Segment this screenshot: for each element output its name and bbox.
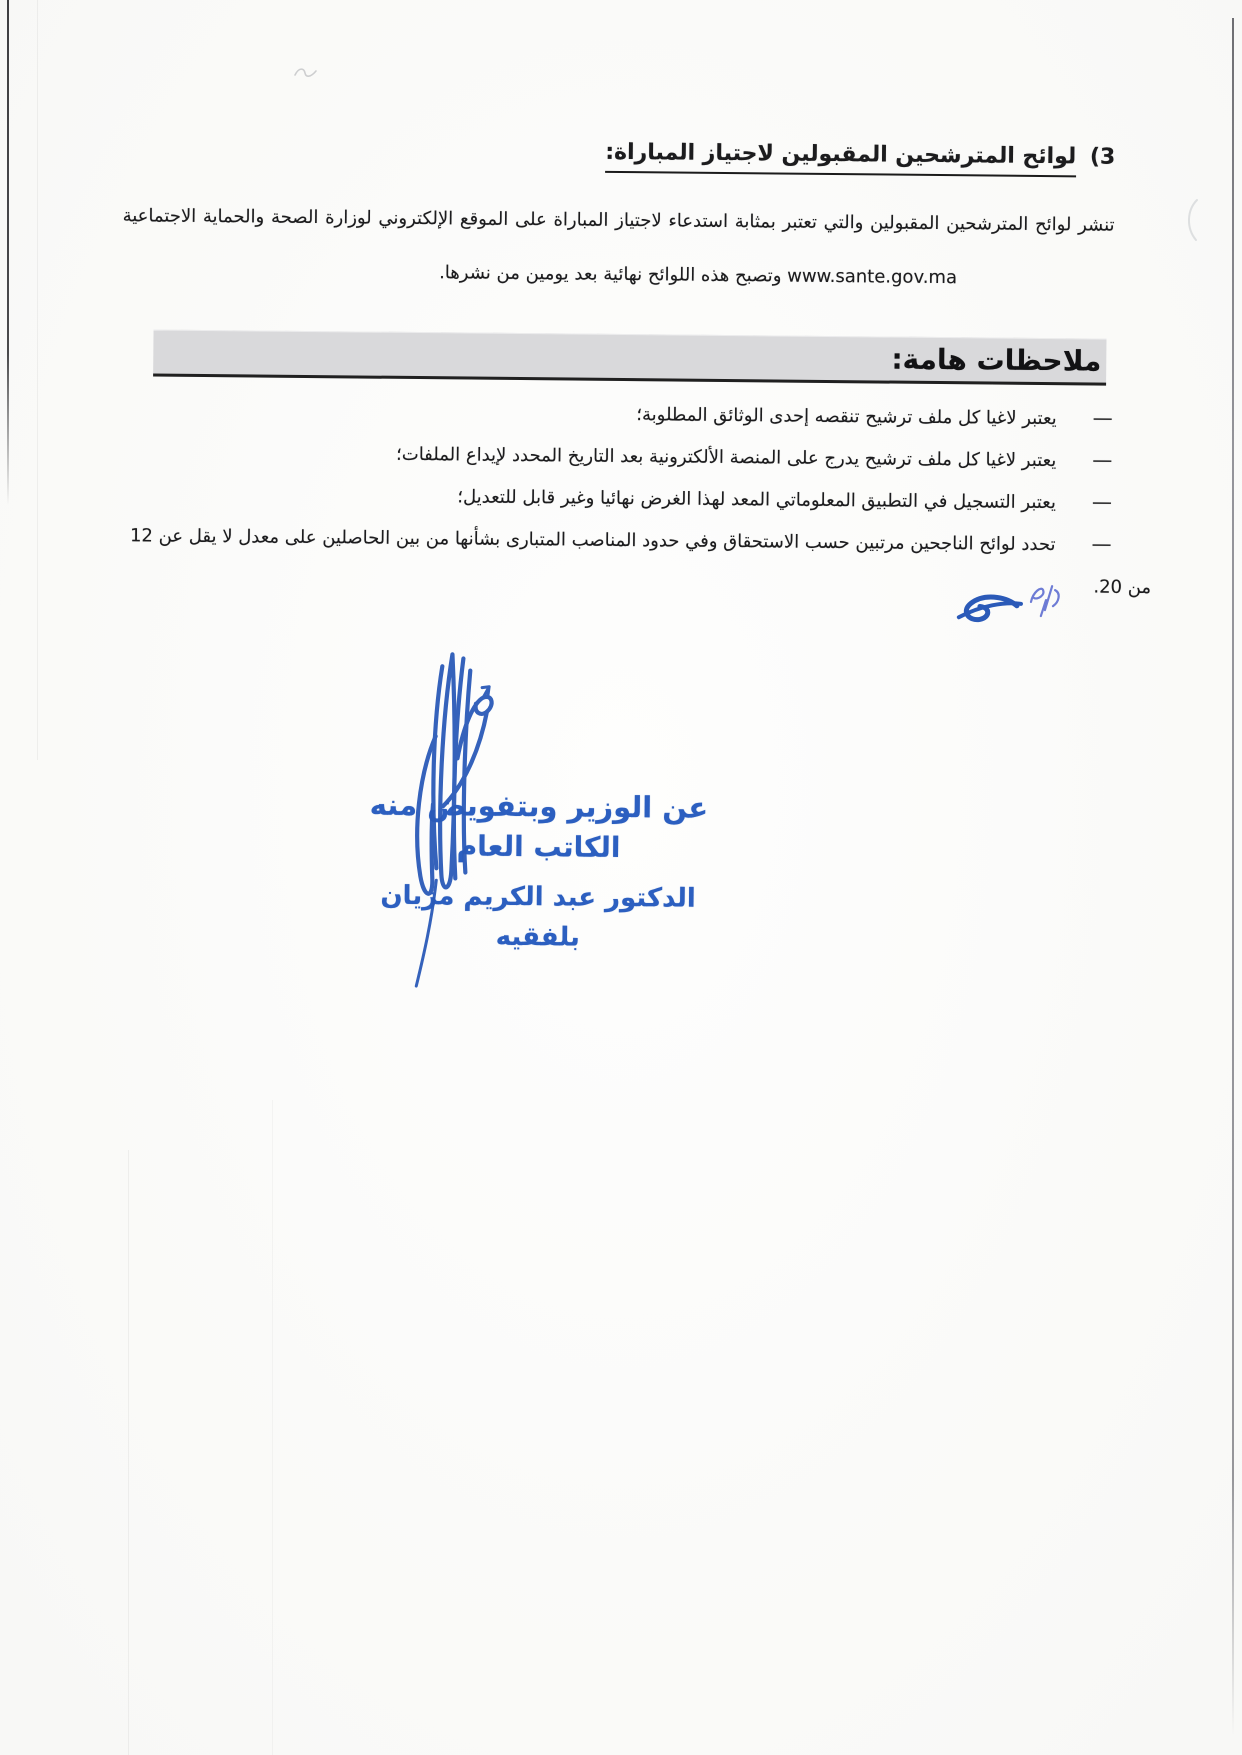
intro-paragraph: تنشر لوائح المترشحين المقبولين والتي تعت…	[122, 189, 1115, 307]
note-text: يعتبر لاغيا كل ملف ترشيح يدرج على المنصة…	[120, 435, 1056, 477]
section-title: لوائح المترشحين المقبولين لاجتياز المبار…	[605, 140, 1076, 178]
note-item: — تحدد لوائح الناجحين مرتبين حسب الاستحق…	[119, 519, 1111, 562]
note-item: — يعتبر لاغيا كل ملف ترشيح تنقصه إحدى ال…	[121, 393, 1113, 436]
note-item: — يعتبر التسجيل في التطبيق المعلوماتي ال…	[120, 477, 1112, 520]
note-text: يعتبر التسجيل في التطبيق المعلوماتي المع…	[120, 477, 1056, 519]
dash-bullet-icon: —	[1078, 485, 1112, 518]
handwritten-signature	[389, 640, 512, 991]
dash-bullet-icon: —	[1078, 443, 1112, 476]
handwritten-initials-paraph	[953, 575, 1071, 628]
scanned-document-page: { "document": { "heading": { "number": "…	[0, 0, 1242, 1755]
dash-bullet-icon: —	[1077, 527, 1111, 560]
document-content: 3) لوائح المترشحين المقبولين لاجتياز الم…	[0, 0, 1242, 1755]
section-heading: 3) لوائح المترشحين المقبولين لاجتياز الم…	[605, 140, 1115, 170]
note-text: يعتبر لاغيا كل ملف ترشيح تنقصه إحدى الوث…	[121, 393, 1057, 435]
note-item: — يعتبر لاغيا كل ملف ترشيح يدرج على المن…	[120, 435, 1112, 478]
notes-list: — يعتبر لاغيا كل ملف ترشيح تنقصه إحدى ال…	[119, 393, 1113, 604]
note-text: تحدد لوائح الناجحين مرتبين حسب الاستحقاق…	[119, 519, 1055, 561]
intro-line-1: تنشر لوائح المترشحين المقبولين والتي تعت…	[122, 189, 1114, 253]
important-notes-title: ملاحظات هامة:	[153, 329, 1106, 384]
important-notes-banner: ملاحظات هامة:	[153, 329, 1106, 385]
section-number: 3)	[1084, 144, 1116, 169]
dash-bullet-icon: —	[1079, 401, 1113, 434]
intro-line-2-with-website-url: www.sante.gov.ma وتصبح هذه اللوائح نهائي…	[202, 244, 1194, 308]
